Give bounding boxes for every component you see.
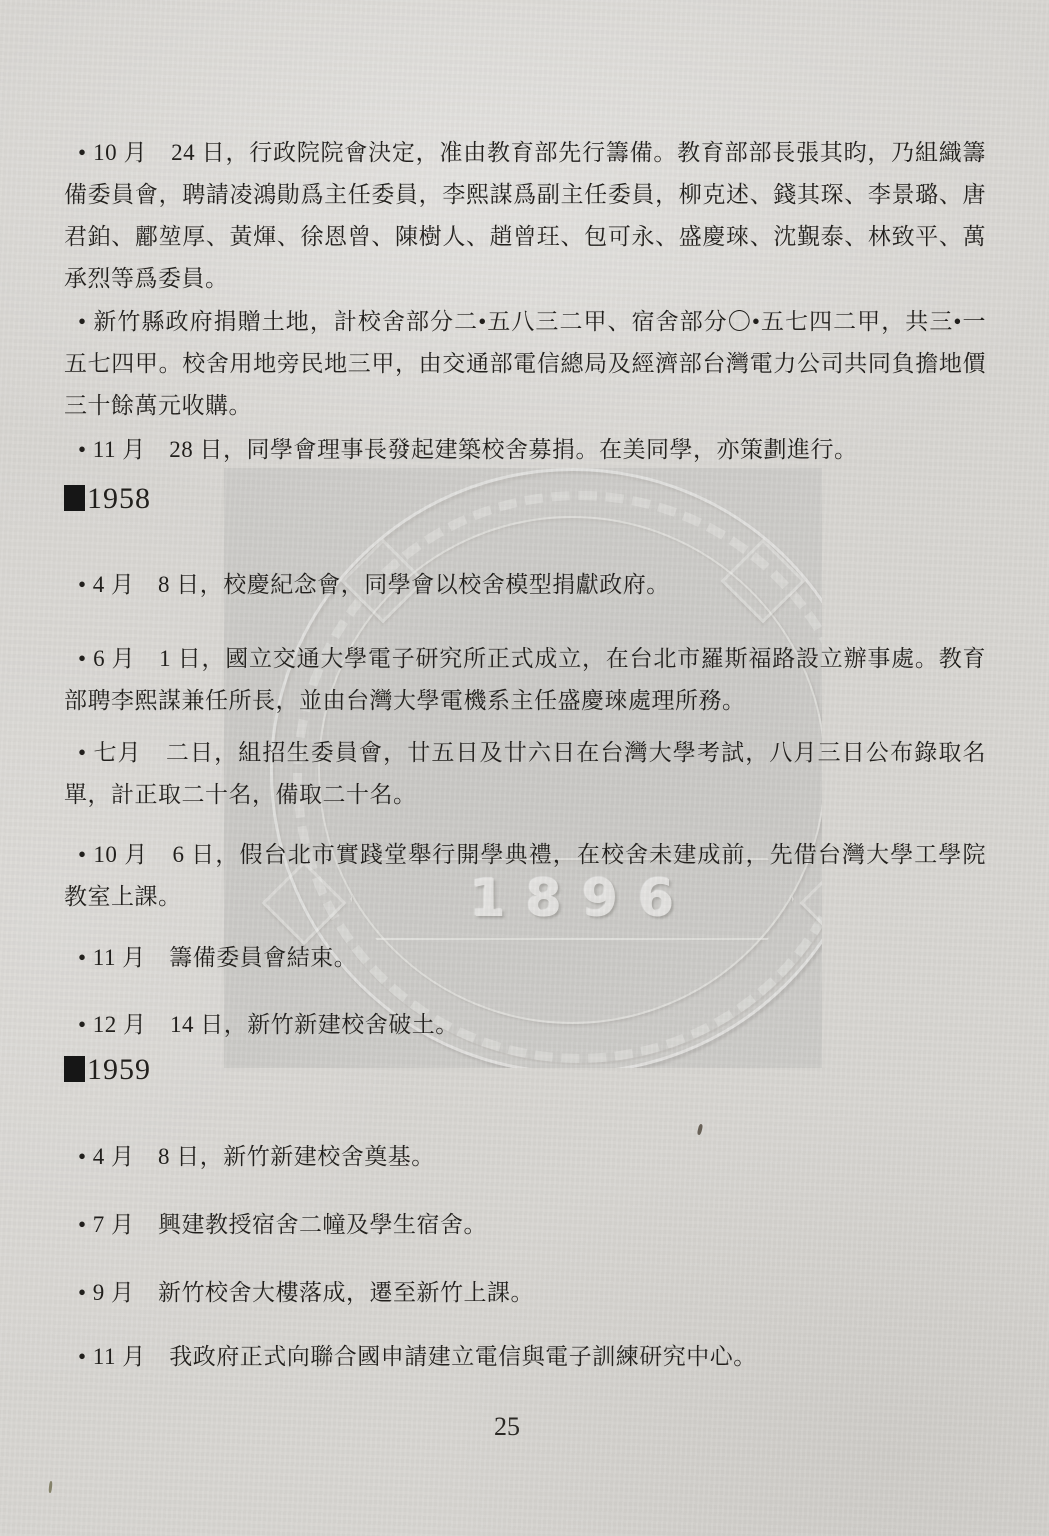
timeline-entry: • 11 月 我政府正式向聯合國申請建立電信與電子訓練研究中心。 [64, 1336, 986, 1378]
year-marker-icon [64, 485, 85, 511]
timeline-entry: • 7 月 興建教授宿舍二幢及學生宿舍。 [64, 1204, 986, 1246]
timeline-entry: • 新竹縣政府捐贈土地，計校舍部分二•五八三二甲、宿舍部分〇•五七四二甲，共三•… [64, 301, 986, 427]
timeline-entry: • 11 月 28 日，同學會理事長發起建築校舍募捐。在美同學，亦策劃進行。 [64, 429, 986, 471]
timeline-entry: • 4 月 8 日，新竹新建校舍奠基。 [64, 1136, 986, 1178]
timeline-entry: • 12 月 14 日，新竹新建校舍破土。 [64, 1004, 986, 1046]
year-marker-icon [64, 1056, 85, 1082]
timeline-entry: • 4 月 8 日，校慶紀念會，同學會以校舍模型捐獻政府。 [64, 564, 986, 606]
timeline-entry: • 9 月 新竹校舍大樓落成，遷至新竹上課。 [64, 1272, 986, 1314]
year-label: 1959 [87, 1053, 151, 1086]
paper-speck [48, 1481, 52, 1493]
year-heading-1958: 1958 [64, 478, 151, 520]
year-label: 1958 [87, 482, 151, 515]
paper-speck [697, 1124, 704, 1136]
scanned-document-page: 1896 • 10 月 24 日，行政院院會決定，准由教育部先行籌備。教育部部長… [0, 0, 1049, 1536]
timeline-entry: • 10 月 24 日，行政院院會決定，准由教育部先行籌備。教育部部長張其昀，乃… [64, 132, 986, 300]
timeline-entry: • 七月 二日，組招生委員會，廿五日及廿六日在台灣大學考試，八月三日公布錄取名單… [64, 732, 986, 816]
timeline-entry: • 11 月 籌備委員會結束。 [64, 937, 986, 979]
year-heading-1959: 1959 [64, 1049, 151, 1091]
timeline-entry: • 6 月 1 日，國立交通大學電子研究所正式成立，在台北市羅斯福路設立辦事處。… [64, 638, 986, 722]
timeline-entry: • 10 月 6 日，假台北市實踐堂舉行開學典禮，在校舍未建成前，先借台灣大學工… [64, 834, 986, 918]
page-number: 25 [0, 1412, 1014, 1442]
